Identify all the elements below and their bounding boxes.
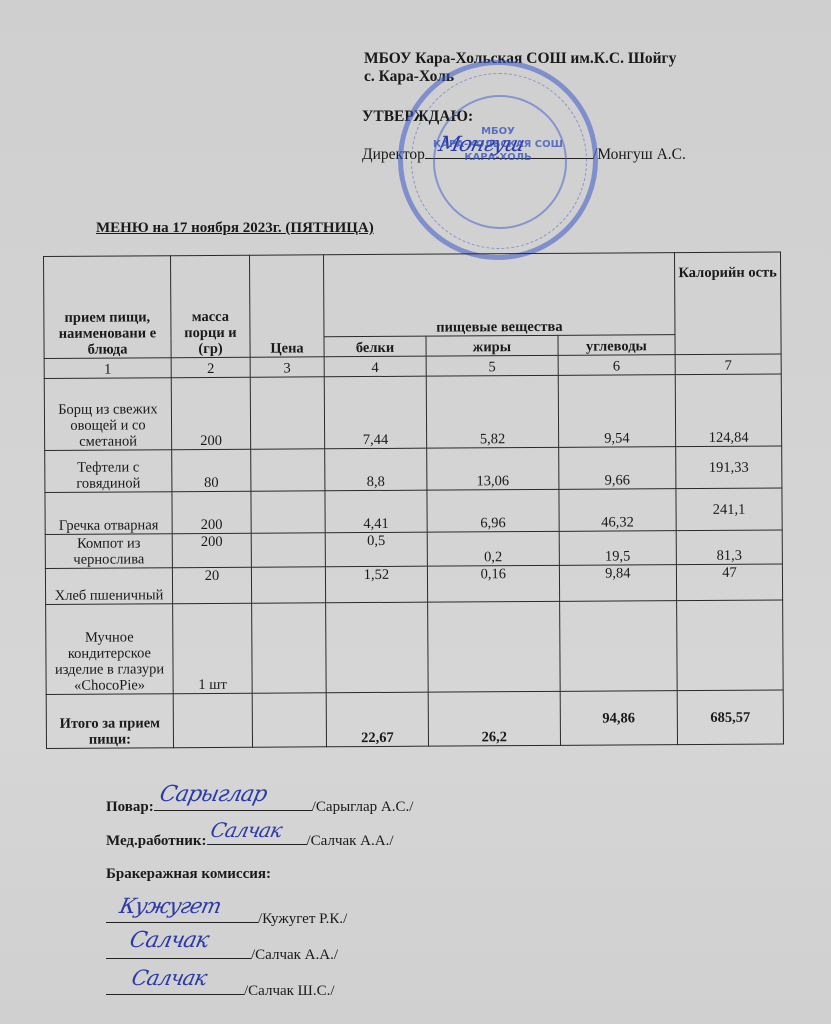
total-mass: [173, 693, 252, 747]
dish-mass: 200: [172, 491, 251, 533]
dish-mass: 1 шт: [173, 603, 253, 693]
dish-proteins: 4,41: [325, 490, 427, 533]
commission-member-row: Кужугет /Кужугет Р.К./: [106, 904, 347, 928]
dish-price: [250, 377, 324, 449]
cook-signature-line: Сарыглар: [154, 792, 312, 811]
dish-name: Тефтели с говядиной: [45, 450, 172, 493]
dish-price: [251, 491, 325, 533]
header-proteins: белки: [324, 336, 426, 357]
commission-member-row: Салчак /Салчак Ш.С./: [106, 976, 335, 1000]
medic-signature-line: Салчак: [207, 826, 307, 845]
dish-name: Хлеб пшеничный: [45, 568, 172, 605]
dish-mass: 20: [172, 567, 251, 603]
dish-proteins: 7,44: [324, 376, 427, 449]
cook-name: /Сарыглар А.С./: [312, 799, 414, 816]
dish-name: Гречка отварная: [45, 492, 172, 535]
dish-calories: 81,3: [676, 530, 782, 565]
total-price: [252, 693, 326, 747]
header-fats: жиры: [426, 335, 558, 356]
commission-signature-line: Салчак: [106, 940, 251, 959]
commission-member-name: /Салчак Ш.С./: [244, 983, 335, 1000]
dish-carbs: [559, 601, 677, 692]
header-calories: Калорийн ость: [675, 252, 782, 355]
dish-proteins: 8,8: [325, 448, 427, 491]
dish-mass: 200: [172, 533, 251, 567]
stamp-center-text: МБОУ КАРА-ХОЛЬСКАЯ СОШ КАРА-ХОЛЬ: [403, 125, 593, 164]
header-mass: масса порци и (гр): [170, 255, 250, 357]
table-row: Компот из чернослива 200 0,5 0,2 19,5 81…: [45, 530, 782, 569]
dish-price: [251, 449, 325, 491]
total-fats: 26,2: [428, 691, 560, 746]
medic-signature-row: Мед.работник: Салчак /Салчак А.А./: [106, 826, 394, 850]
table-row: Гречка отварная 200 4,41 6,96 46,32 241,…: [45, 488, 782, 535]
commission-member-name: /Кужугет Р.К./: [258, 911, 347, 928]
dish-name: Борщ из свежих овощей и со сметаной: [44, 378, 171, 451]
dish-name: Мучное кондитерское изделие в глазури «C…: [46, 604, 173, 695]
total-carbs: 94,86: [560, 691, 678, 746]
dish-fats: [428, 601, 560, 692]
dish-calories: [677, 600, 784, 691]
dish-calories: 191,33: [676, 446, 782, 489]
commission-member-name: /Салчак А.А./: [251, 947, 338, 964]
dish-fats: 13,06: [427, 447, 559, 490]
official-stamp: МБОУ КАРА-ХОЛЬСКАЯ СОШ КАРА-ХОЛЬ: [398, 60, 598, 260]
dish-price: [251, 567, 325, 603]
menu-title: МЕНЮ на 17 ноября 2023г. (ПЯТНИЦА): [96, 220, 374, 237]
medic-name: /Салчак А.А./: [307, 833, 394, 850]
dish-calories: 124,84: [675, 374, 781, 447]
dish-carbs: 9,84: [559, 565, 677, 602]
dish-fats: 5,82: [426, 375, 558, 448]
table-row: Тефтели с говядиной 80 8,8 13,06 9,66 19…: [45, 446, 782, 493]
total-calories: 685,57: [677, 690, 783, 745]
commission-signature-line: Салчак: [106, 976, 244, 995]
cook-signature-row: Повар: Сарыглар /Сарыглар А.С./: [106, 792, 413, 816]
cook-signature: Сарыглар: [157, 782, 269, 807]
dish-carbs: 9,54: [558, 375, 676, 448]
dish-calories: 241,1: [676, 488, 782, 531]
commission-signature: Салчак: [129, 966, 208, 990]
header-price: Цена: [250, 255, 324, 357]
dish-calories: 47: [676, 564, 782, 601]
director-name: /Монгуш А.С.: [593, 146, 686, 164]
commission-label: Бракеражная комиссия:: [106, 866, 271, 883]
dish-proteins: 1,52: [325, 566, 427, 603]
total-label: Итого за прием пищи:: [46, 694, 173, 749]
medic-signature: Салчак: [208, 818, 283, 842]
dish-carbs: 9,66: [558, 447, 676, 490]
table-row: Мучное кондитерское изделие в глазури «C…: [46, 600, 784, 695]
commission-member-row: Салчак /Салчак А.А./: [106, 940, 338, 964]
dish-fats: 6,96: [427, 489, 559, 532]
dish-name: Компот из чернослива: [45, 534, 172, 569]
dish-price: [252, 603, 326, 693]
dish-carbs: 46,32: [559, 489, 677, 532]
header-nutrients: пищевые вещества: [323, 253, 675, 337]
commission-signature-line: Кужугет: [106, 904, 258, 923]
header-carbs: углеводы: [558, 335, 675, 356]
header-meal: прием пищи, наименовани е блюда: [44, 256, 172, 359]
total-proteins: 22,67: [326, 692, 429, 747]
dish-carbs: 19,5: [559, 531, 677, 566]
commission-signature: Кужугет: [117, 894, 223, 918]
dish-price: [251, 533, 325, 567]
dish-fats: 0,2: [427, 531, 559, 566]
table-row: Борщ из свежих овощей и со сметаной 200 …: [44, 374, 781, 451]
table-row: Хлеб пшеничный 20 1,52 0,16 9,84 47: [45, 564, 782, 605]
commission-signature: Салчак: [127, 928, 210, 953]
dish-proteins: 0,5: [325, 532, 427, 567]
medic-label: Мед.работник:: [106, 833, 207, 850]
dish-proteins: [325, 602, 428, 693]
dish-mass: 80: [172, 449, 251, 491]
dish-mass: 200: [171, 377, 251, 449]
cook-label: Повар:: [106, 799, 154, 816]
dish-fats: 0,16: [427, 565, 559, 602]
total-row: Итого за прием пищи: 22,67 26,2 94,86 68…: [46, 690, 783, 749]
menu-table: прием пищи, наименовани е блюда масса по…: [43, 251, 784, 748]
